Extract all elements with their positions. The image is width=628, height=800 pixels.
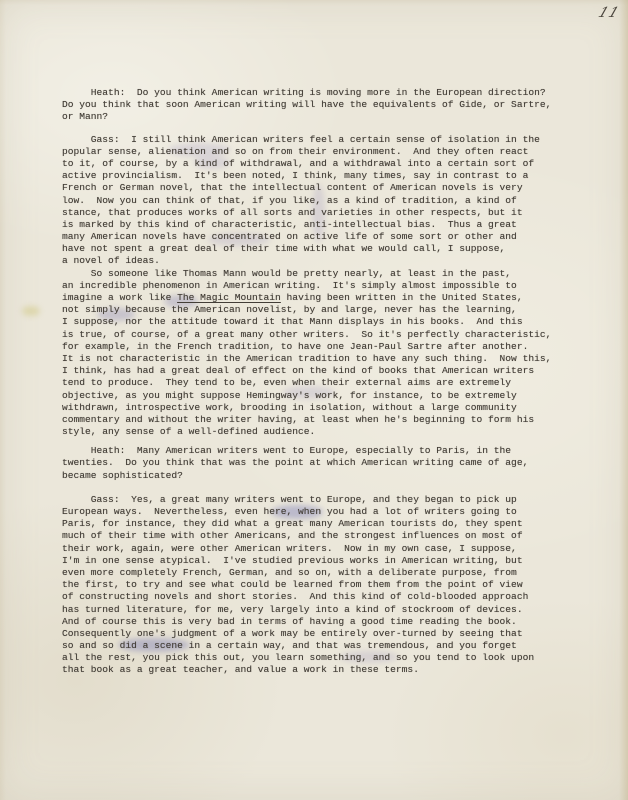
text-line: twenties. Do you think that was the poin…: [62, 457, 582, 469]
text-line: So someone like Thomas Mann would be pre…: [62, 268, 582, 280]
text-line: that book as a great teacher, and value …: [62, 664, 582, 676]
text-line: have not spent a great deal of their tim…: [62, 243, 582, 255]
text-line: has turned literature, for me, very larg…: [62, 604, 582, 616]
text-line: of constructing novels and short stories…: [62, 591, 582, 603]
text-line: tend to produce. They tend to be, even w…: [62, 377, 582, 389]
text-line: Do you think that soon American writing …: [62, 99, 582, 111]
text-line: even more completely French, German, and…: [62, 567, 582, 579]
text-line: active provincialism. It's been noted, I…: [62, 170, 582, 182]
text-line: so and so did a scene in a certain way, …: [62, 640, 582, 652]
text-line: I think, has had a great deal of effect …: [62, 365, 582, 377]
text-line: not simply because the American novelist…: [62, 304, 582, 316]
text-line: much of their time with other Americans,…: [62, 530, 582, 542]
text-line: an incredible phenomenon in American wri…: [62, 280, 582, 292]
text-line: popular sense, alienation and so on from…: [62, 146, 582, 158]
underlined-book-title: The Magic Mountain: [177, 292, 281, 303]
text-line: withdrawn, introspective work, brooding …: [62, 402, 582, 414]
paper-spot: [22, 306, 40, 316]
text-line: Gass: I still think American writers fee…: [62, 134, 582, 146]
text-line: Heath: Do you think American writing is …: [62, 87, 582, 99]
text-line: a novel of ideas.: [62, 255, 582, 267]
text-line: I suppose, nor the attitude toward it th…: [62, 316, 582, 328]
text-line: French or German novel, that the intelle…: [62, 182, 582, 194]
text-line: became sophisticated?: [62, 470, 582, 482]
text-line: for example, in the French tradition, to…: [62, 341, 582, 353]
text-line: style, any sense of a well-defined audie…: [62, 426, 582, 438]
text-line: to it, of course, by a kind of withdrawa…: [62, 158, 582, 170]
page-number: 11: [596, 5, 622, 21]
text-line: stance, that produces works of all sorts…: [62, 207, 582, 219]
text-line: is marked by this kind of characteristic…: [62, 219, 582, 231]
text-line: objective, as you might suppose Hemingwa…: [62, 390, 582, 402]
transcript: Heath: Do you think American writing is …: [62, 87, 582, 677]
text-line: all the rest, you pick this out, you lea…: [62, 652, 582, 664]
paragraph-heath-3: Heath: Many American writers went to Eur…: [62, 445, 582, 482]
text-line: Gass: Yes, a great many writers went to …: [62, 494, 582, 506]
text-line: European ways. Nevertheless, even here, …: [62, 506, 582, 518]
text-line: low. Now you can think of that, if you l…: [62, 195, 582, 207]
paragraph-gass-2: Gass: I still think American writers fee…: [62, 134, 582, 439]
text-line: the first, to try and see what could be …: [62, 579, 582, 591]
text-line: imagine a work like The Magic Mountain h…: [62, 292, 582, 304]
paragraph-gass-4: Gass: Yes, a great many writers went to …: [62, 494, 582, 677]
text-line: their work, again, were other American w…: [62, 543, 582, 555]
text-line: Consequently one's judgment of a work ma…: [62, 628, 582, 640]
text-line: Heath: Many American writers went to Eur…: [62, 445, 582, 457]
paragraph-heath-1: Heath: Do you think American writing is …: [62, 87, 582, 124]
text-line: many American novels have concentrated o…: [62, 231, 582, 243]
text-line: commentary and without the writer having…: [62, 414, 582, 426]
text-line: And of course this is very bad in terms …: [62, 616, 582, 628]
text-line: or Mann?: [62, 111, 582, 123]
text-line: I'm in one sense atypical. I've studied …: [62, 555, 582, 567]
text-line: Paris, for instance, they did what a gre…: [62, 518, 582, 530]
text-line: is true, of course, of a great many othe…: [62, 329, 582, 341]
text-line: It is not characteristic in the American…: [62, 353, 582, 365]
